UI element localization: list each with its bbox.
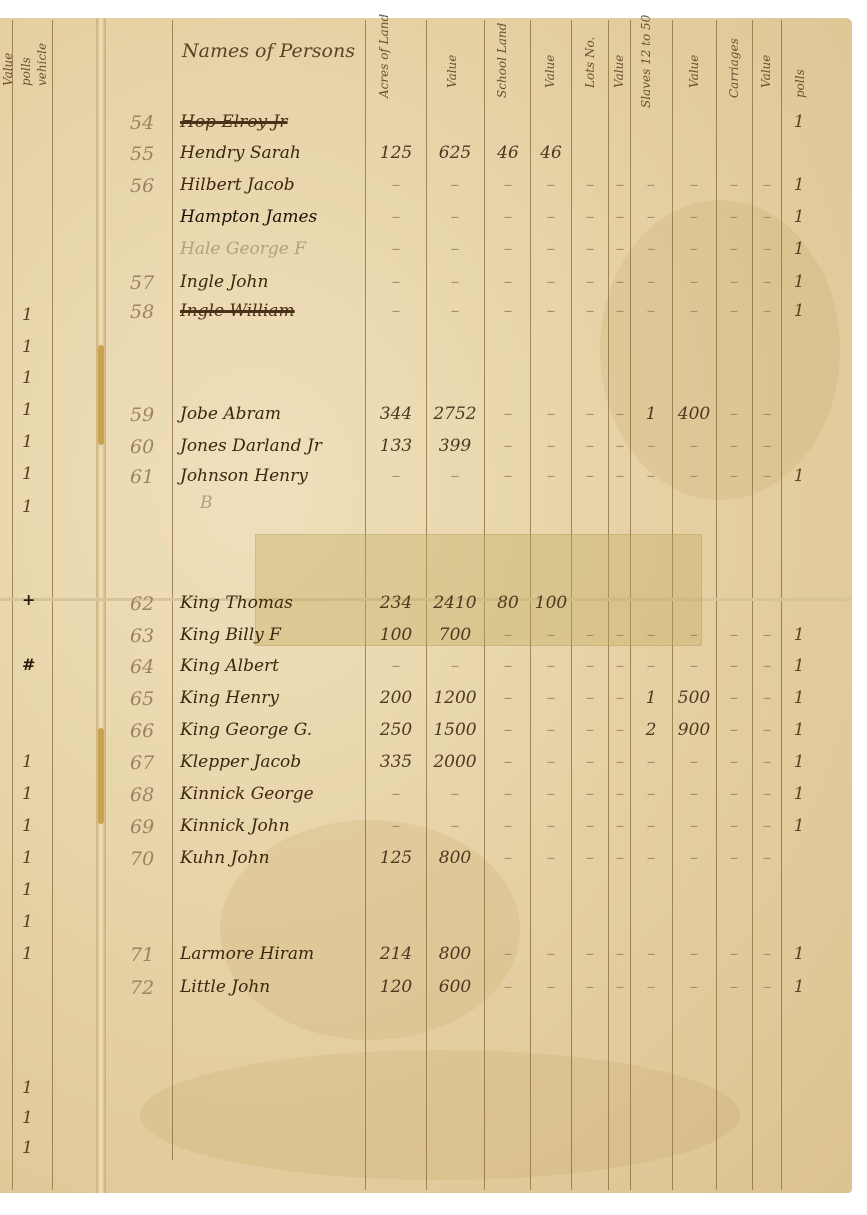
cell-lvalue: – [608,752,632,772]
cell-school: – [487,720,529,740]
table-row: 59Jobe Abram3442752––––1400–– [0,404,852,432]
cell-lots: – [572,239,608,259]
person-name: King Billy F [180,625,365,645]
cell-cvalue: – [752,175,782,195]
cell-school: – [487,752,529,772]
cell-school: 46 [487,143,529,163]
cell-slvalue: – [672,175,716,195]
cell-slvalue: – [672,272,716,292]
cell-polls: 1 [784,656,814,676]
cell-value: 2752 [427,404,483,424]
cell-lots: – [572,301,608,321]
cell-slaves: 1 [632,404,670,424]
cell-lots: – [572,720,608,740]
cell-value: – [427,175,483,195]
cell-value: 2410 [427,593,483,613]
left-tally-mark: 1 [22,912,42,932]
cell-lots: – [572,175,608,195]
cell-value: – [427,272,483,292]
cell-acres: – [368,239,424,259]
header-value: Value [446,28,458,88]
table-row: 56Hilbert Jacob––––––––––1 [0,175,852,203]
cell-slvalue: – [672,944,716,964]
cell-acres: 125 [368,143,424,163]
entry-number: 71 [130,944,170,966]
table-row: Hampton James––––––––––1 [0,207,852,235]
left-tally-mark: 1 [22,432,42,452]
cell-cvalue: – [752,977,782,997]
left-header-vehicle: vehicle [36,26,48,86]
cell-slaves: 2 [632,720,670,740]
cell-acres: 125 [368,848,424,868]
cell-carr: – [716,944,752,964]
cell-polls: 1 [784,272,814,292]
cell-polls: 1 [784,301,814,321]
left-tally-mark: 1 [22,368,42,388]
cell-slvalue: 900 [672,720,716,740]
cell-lots: – [572,848,608,868]
cell-slvalue: – [672,784,716,804]
cell-school: – [487,944,529,964]
cell-lvalue: – [608,944,632,964]
cell-lvalue: – [608,784,632,804]
cell-value: – [427,207,483,227]
person-name: Hale George F [180,239,365,259]
cell-polls: 1 [784,944,814,964]
cell-school: – [487,466,529,486]
cell-value: – [427,239,483,259]
header-slaves-value: Value [688,28,700,88]
cell-carr: – [716,752,752,772]
cell-svalue: – [531,848,571,868]
cell-svalue: – [531,784,571,804]
cell-slaves: – [632,625,670,645]
cell-value: 800 [427,848,483,868]
table-row: 67Klepper Jacob3352000––––––––1 [0,752,852,780]
table-row: 66King George G.2501500––––2900––1 [0,720,852,748]
entry-number: 72 [130,977,170,999]
cell-acres: – [368,656,424,676]
cell-slaves: – [632,272,670,292]
marginal-note: B [200,493,385,513]
cell-school: – [487,436,529,456]
cell-lvalue: – [608,272,632,292]
entry-number: 60 [130,436,170,458]
cell-value: – [427,816,483,836]
person-name: Hilbert Jacob [180,175,365,195]
header-polls: polls [794,28,806,98]
entry-number: 68 [130,784,170,806]
left-tally-mark: 1 [22,464,42,484]
table-row: Hale George F––––––––––1 [0,239,852,267]
cell-lvalue: – [608,239,632,259]
cell-slvalue: – [672,239,716,259]
cell-polls: 1 [784,816,814,836]
cell-lots: – [572,784,608,804]
cell-lots: – [572,207,608,227]
cell-acres: 133 [368,436,424,456]
person-name: Klepper Jacob [180,752,365,772]
entry-number: 62 [130,593,170,615]
cell-value: – [427,466,483,486]
cell-slvalue: – [672,816,716,836]
cell-slvalue: – [672,656,716,676]
table-row: 57Ingle John––––––––––1 [0,272,852,300]
person-name: Kuhn John [180,848,365,868]
person-name: King George G. [180,720,365,740]
cell-acres: – [368,207,424,227]
cell-slaves: – [632,466,670,486]
cell-slvalue: – [672,977,716,997]
cell-slaves: – [632,656,670,676]
cell-acres: – [368,466,424,486]
header-acres: Acres of Land [378,28,390,98]
cell-value: 600 [427,977,483,997]
cell-lots: – [572,688,608,708]
cell-value: 700 [427,625,483,645]
cell-slvalue: – [672,436,716,456]
table-row: 64King Albert––––––––––1 [0,656,852,684]
header-lots-value: Value [613,28,625,88]
cell-slvalue: – [672,752,716,772]
cell-lots: – [572,466,608,486]
cell-lvalue: – [608,301,632,321]
left-tally-mark: 1 [22,497,42,517]
entry-number: 70 [130,848,170,870]
cell-value: 399 [427,436,483,456]
cell-acres: 335 [368,752,424,772]
cell-school: – [487,301,529,321]
cell-polls: 1 [784,207,814,227]
cell-value: – [427,301,483,321]
cell-lvalue: – [608,436,632,456]
cell-polls: 1 [784,112,814,132]
cell-carr: – [716,848,752,868]
cell-lots: – [572,272,608,292]
cell-svalue: 100 [531,593,571,613]
left-tally-mark: 1 [22,1078,42,1098]
cell-lots: – [572,977,608,997]
person-name: Larmore Hiram [180,944,365,964]
cell-slaves: – [632,848,670,868]
cell-svalue: – [531,175,571,195]
cell-lots: – [572,404,608,424]
cell-cvalue: – [752,816,782,836]
person-name: Ingle John [180,272,365,292]
cell-acres: – [368,175,424,195]
cell-lvalue: – [608,404,632,424]
cell-lots: – [572,625,608,645]
cell-carr: – [716,239,752,259]
cell-carr: – [716,466,752,486]
cell-slaves: – [632,977,670,997]
cell-school: – [487,688,529,708]
cell-polls: 1 [784,239,814,259]
cell-school: – [487,816,529,836]
left-tally-mark: 1 [22,1108,42,1128]
cell-school: – [487,175,529,195]
cell-polls: 1 [784,466,814,486]
cell-acres: 120 [368,977,424,997]
person-name: Jobe Abram [180,404,365,424]
cell-school: – [487,784,529,804]
cell-carr: – [716,816,752,836]
cell-school: – [487,656,529,676]
cell-carr: – [716,436,752,456]
cell-lvalue: – [608,688,632,708]
person-name: Kinnick George [180,784,365,804]
cell-carr: – [716,625,752,645]
cell-lvalue: – [608,656,632,676]
entry-number: 64 [130,656,170,678]
cell-svalue: – [531,816,571,836]
left-tally-mark: 1 [22,944,42,964]
entry-number: 54 [130,112,170,134]
cell-cvalue: – [752,625,782,645]
cell-slaves: – [632,301,670,321]
person-name: Hop Elroy Jr [180,112,365,132]
cell-cvalue: – [752,720,782,740]
entry-number: 55 [130,143,170,165]
cell-acres: – [368,816,424,836]
cell-slvalue: – [672,466,716,486]
person-name: Hendry Sarah [180,143,365,163]
cell-acres: – [368,301,424,321]
cell-school: – [487,239,529,259]
cell-school: – [487,272,529,292]
person-name: Ingle William [180,301,365,321]
cell-cvalue: – [752,466,782,486]
cell-carr: – [716,207,752,227]
cell-slaves: – [632,944,670,964]
left-header-polls: polls [20,26,32,86]
entry-number: 56 [130,175,170,197]
header-school-land: School Land [496,28,508,98]
person-name: Little John [180,977,365,997]
cell-school: – [487,625,529,645]
cell-slvalue: – [672,301,716,321]
cell-lots: – [572,816,608,836]
table-row: 69Kinnick John––––––––––1 [0,816,852,844]
left-tally-mark: 1 [22,337,42,357]
table-row: 71Larmore Hiram214800––––––––1 [0,944,852,972]
cell-slvalue: – [672,207,716,227]
stain [140,1050,740,1180]
cell-svalue: – [531,272,571,292]
cell-school: – [487,404,529,424]
cell-svalue: – [531,752,571,772]
person-name: Hampton James [180,207,365,227]
entry-number: 61 [130,466,170,488]
cell-cvalue: – [752,436,782,456]
cell-lvalue: – [608,625,632,645]
entry-number: 63 [130,625,170,647]
cell-svalue: – [531,656,571,676]
cell-lots: – [572,944,608,964]
cell-svalue: 46 [531,143,571,163]
cell-slvalue: – [672,848,716,868]
entry-number: 66 [130,720,170,742]
cell-slvalue: 400 [672,404,716,424]
cell-value: – [427,656,483,676]
left-tally-mark: 1 [22,784,42,804]
cell-school: – [487,977,529,997]
cell-carr: – [716,404,752,424]
person-name: Johnson Henry [180,466,365,486]
cell-polls: 1 [784,977,814,997]
cell-lvalue: – [608,848,632,868]
cell-polls: 1 [784,625,814,645]
cell-lvalue: – [608,977,632,997]
cell-cvalue: – [752,404,782,424]
table-row: 70Kuhn John125800–––––––– [0,848,852,876]
person-name: Jones Darland Jr [180,436,365,456]
left-tally-mark: 1 [22,400,42,420]
table-row: 68Kinnick George––––––––––1 [0,784,852,812]
cell-acres: – [368,272,424,292]
cell-acres: 200 [368,688,424,708]
entry-number: 67 [130,752,170,774]
cell-value: 1500 [427,720,483,740]
header-school-value: Value [544,28,556,88]
cell-acres: – [368,784,424,804]
cell-svalue: – [531,688,571,708]
table-row: 54Hop Elroy Jr1 [0,112,852,140]
cell-slaves: – [632,207,670,227]
cell-value: 625 [427,143,483,163]
cell-acres: 344 [368,404,424,424]
table-row: 65King Henry2001200––––1500––1 [0,688,852,716]
left-tally-mark: + [22,590,52,609]
cell-cvalue: – [752,207,782,227]
entry-number: 58 [130,301,170,323]
cell-lvalue: – [608,816,632,836]
table-row: 58Ingle William––––––––––1 [0,301,852,329]
cell-cvalue: – [752,239,782,259]
cell-cvalue: – [752,688,782,708]
left-tally-mark: 1 [22,848,42,868]
left-tally-mark: 1 [22,305,42,325]
cell-svalue: – [531,301,571,321]
header-carriages: Carriages [728,28,740,98]
person-name: King Albert [180,656,365,676]
left-tally-mark: 1 [22,880,42,900]
cell-school: 80 [487,593,529,613]
cell-carr: – [716,784,752,804]
cell-value: – [427,784,483,804]
cell-acres: 250 [368,720,424,740]
cell-value: 2000 [427,752,483,772]
table-row: 62King Thomas234241080100 [0,593,852,621]
left-header-value: Value [2,26,14,86]
table-row: 60Jones Darland Jr133399–––––––– [0,436,852,464]
person-name: Kinnick John [180,816,365,836]
cell-lvalue: – [608,175,632,195]
cell-slaves: 1 [632,688,670,708]
cell-slvalue: – [672,625,716,645]
cell-carr: – [716,977,752,997]
cell-polls: 1 [784,720,814,740]
cell-cvalue: – [752,656,782,676]
cell-school: – [487,848,529,868]
cell-cvalue: – [752,848,782,868]
cell-acres: 234 [368,593,424,613]
left-tally-mark: 1 [22,752,42,772]
cell-carr: – [716,656,752,676]
cell-slaves: – [632,175,670,195]
cell-carr: – [716,720,752,740]
cell-svalue: – [531,466,571,486]
cell-slvalue: 500 [672,688,716,708]
cell-value: 800 [427,944,483,964]
left-tally-mark: 1 [22,1138,42,1158]
table-row: 63King Billy F100700––––––––1 [0,625,852,653]
cell-lots: – [572,752,608,772]
cell-svalue: – [531,625,571,645]
cell-carr: – [716,272,752,292]
cell-svalue: – [531,944,571,964]
cell-svalue: – [531,239,571,259]
cell-lots: – [572,656,608,676]
left-tally-mark: 1 [22,816,42,836]
cell-lvalue: – [608,466,632,486]
table-row: 55Hendry Sarah1256254646 [0,143,852,171]
person-name: King Thomas [180,593,365,613]
cell-polls: 1 [784,688,814,708]
page-title: Names of Persons [182,40,355,62]
cell-acres: 100 [368,625,424,645]
cell-slaves: – [632,239,670,259]
cell-slaves: – [632,752,670,772]
cell-lvalue: – [608,720,632,740]
cell-lvalue: – [608,207,632,227]
cell-polls: 1 [784,175,814,195]
cell-lots: – [572,436,608,456]
cell-svalue: – [531,436,571,456]
cell-cvalue: – [752,784,782,804]
cell-svalue: – [531,720,571,740]
entry-number: 65 [130,688,170,710]
header-slaves: Slaves 12 to 50 [640,28,652,108]
left-tally-mark: # [22,655,52,674]
cell-svalue: – [531,404,571,424]
cell-cvalue: – [752,272,782,292]
cell-slaves: – [632,784,670,804]
cell-value: 1200 [427,688,483,708]
cell-carr: – [716,688,752,708]
cell-carr: – [716,175,752,195]
entry-number: 57 [130,272,170,294]
cell-slaves: – [632,816,670,836]
entry-number: 69 [130,816,170,838]
cell-cvalue: – [752,752,782,772]
person-name: King Henry [180,688,365,708]
cell-slaves: – [632,436,670,456]
cell-svalue: – [531,207,571,227]
cell-svalue: – [531,977,571,997]
cell-polls: 1 [784,752,814,772]
cell-polls: 1 [784,784,814,804]
cell-carr: – [716,301,752,321]
cell-cvalue: – [752,301,782,321]
cell-acres: 214 [368,944,424,964]
cell-school: – [487,207,529,227]
cell-cvalue: – [752,944,782,964]
table-row: 61Johnson Henry––––––––––1 [0,466,852,494]
header-carriages-value: Value [760,28,772,88]
entry-number: 59 [130,404,170,426]
header-lots: Lots No. [584,28,596,88]
